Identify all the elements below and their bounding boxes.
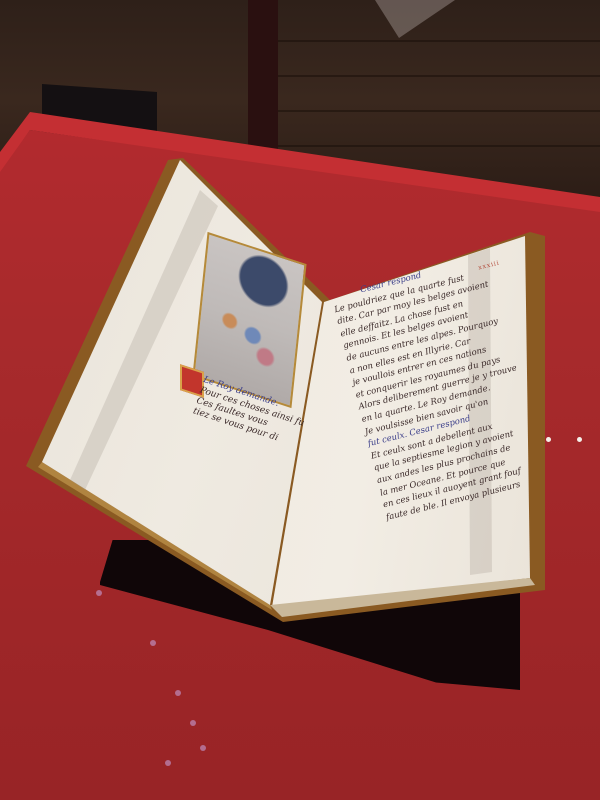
photo-scene: Le Roy demande. Pour ces choses ainsi fu… (0, 0, 600, 800)
light-reflection (577, 437, 582, 442)
manuscript-book: Le Roy demande. Pour ces choses ainsi fu… (0, 0, 600, 800)
light-reflection (546, 437, 551, 442)
